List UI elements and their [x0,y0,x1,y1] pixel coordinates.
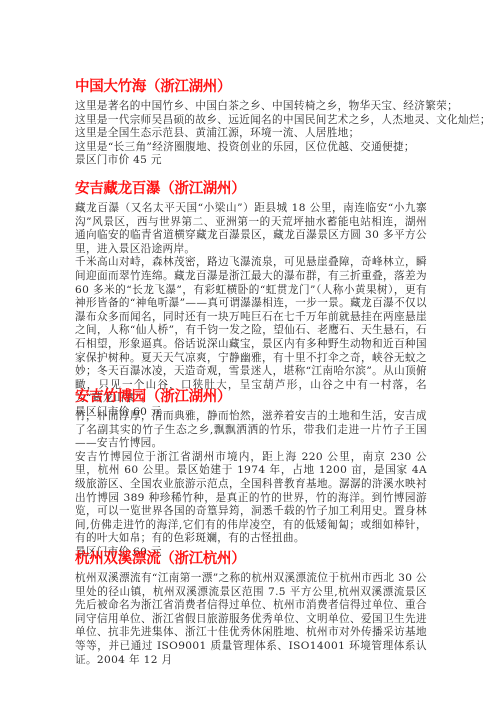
body-line: 这里是全国生态示范县、黄浦江源，环境一流、人居胜地； [75,127,427,141]
body-line: 这里是著名的中国竹乡、中国白茶之乡、中国转椅之乡，物华天宝、经济繁荣； [75,100,427,114]
section-body: 这里是著名的中国竹乡、中国白茶之乡、中国转椅之乡，物华天宝、经济繁荣； 这里是一… [75,100,427,168]
body-paragraph: 杭州双溪漂流有“江南第一漂”之称的杭州双溪漂流位于杭州市西北 30 公里处的径山… [75,572,427,667]
section-title: 安吉竹博园（浙江湖州） [75,388,427,406]
body-paragraph: 竹，朴而淳厚，清而典雅，静而怡然，滋养着安吉的土地和生活，安吉成了名副其实的竹子… [75,410,427,451]
section-title: 安吉藏龙百瀑（浙江湖州） [75,180,427,198]
section-canglong-baipu: 安吉藏龙百瀑（浙江湖州） 藏龙百瀑（又名太平天国“小梁山”）距县城 18 公里，… [75,180,427,420]
section-title: 中国大竹海（浙江湖州） [75,78,427,96]
section-zhubo-yuan: 安吉竹博园（浙江湖州） 竹，朴而淳厚，清而典雅，静而怡然，滋养着安吉的土地和生活… [75,388,427,560]
section-dazhuhai: 中国大竹海（浙江湖州） 这里是著名的中国竹乡、中国白茶之乡、中国转椅之乡，物华天… [75,78,427,168]
body-line: 这里是一代宗师吴昌硕的故乡、远近闻名的中国民间艺术之乡，人杰地灵、文化灿烂； [75,114,427,128]
section-title: 杭州双溪漂流（浙江杭州） [75,550,427,568]
body-line: 这里是“长三角”经济圈腹地、投资创业的乐园，区位优越、交通便捷； [75,141,427,155]
body-paragraph: 藏龙百瀑（又名太平天国“小梁山”）距县城 18 公里，南连临安“小九寨沟”风景区… [75,202,427,256]
body-paragraph: 安吉竹博园位于浙江省湖州市境内，距上海 220 公里，南京 230 公里，杭州 … [75,451,427,546]
section-shuangxi-piaoliu: 杭州双溪漂流（浙江杭州） 杭州双溪漂流有“江南第一漂”之称的杭州双溪漂流位于杭州… [75,550,427,667]
ticket-price: 景区门市价 45 元 [75,154,427,168]
body-paragraph: 千米高山对峙，森林茂密，路边飞瀑流泉，可见悬崖叠障，奇峰林立，瞬间迎面而翠竹连绵… [75,256,427,406]
